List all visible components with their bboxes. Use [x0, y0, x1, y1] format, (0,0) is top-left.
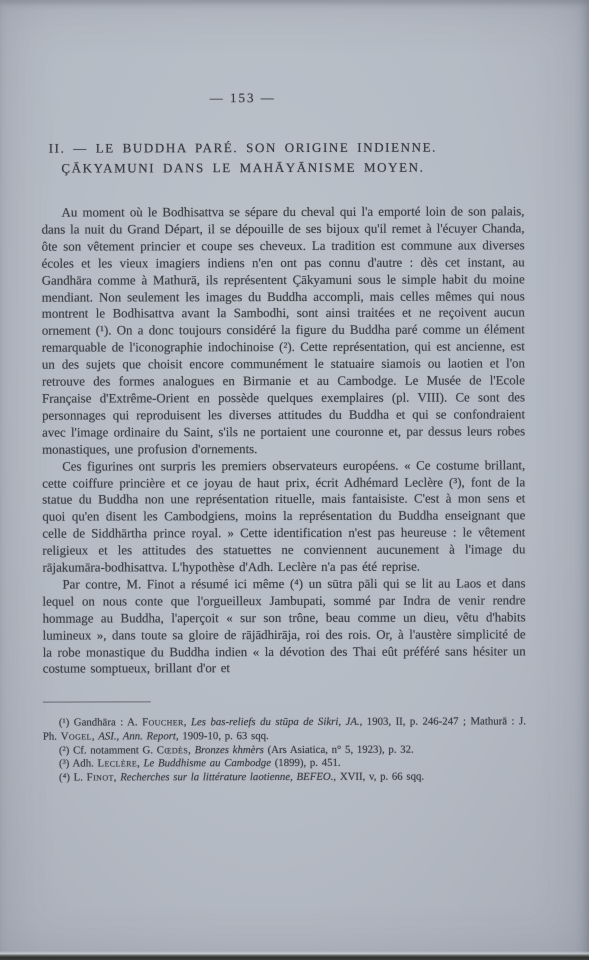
body-paragraph-3: Par contre, M. Finot a résumé ici même (…: [42, 575, 525, 678]
section-heading-line2: ÇĀKYAMUNI DANS LE MAHĀYĀNISME MOYEN.: [1, 157, 484, 178]
body-paragraph-1: Au moment où le Bodhisattva se sépare du…: [42, 203, 526, 458]
section-heading-line1: II. — LE BUDDHA PARÉ. SON ORIGINE INDIEN…: [1, 137, 484, 158]
section-heading: II. — LE BUDDHA PARÉ. SON ORIGINE INDIEN…: [1, 137, 484, 178]
photo-bottom-edge: [0, 951, 589, 960]
page-number: — 153 —: [1, 89, 484, 106]
scanned-page: — 153 — II. — LE BUDDHA PARÉ. SON ORIGIN…: [0, 0, 589, 960]
footnote-1: (¹) Gandhāra : A. Foucher, Les bas-relie…: [43, 716, 526, 745]
article-body: Au moment où le Bodhisattva se sépare du…: [42, 203, 526, 678]
body-paragraph-2: Ces figurines ont surpris les premiers o…: [42, 457, 525, 577]
footnote-2: (²) Cf. notamment G. Cœdès, Bronzes khmè…: [43, 743, 526, 758]
page-content: — 153 — II. — LE BUDDHA PARÉ. SON ORIGIN…: [41, 0, 526, 786]
footnote-3: (³) Adh. Leclère, Le Buddhisme au Cambod…: [43, 757, 526, 772]
footnote-4: (⁴) L. Finot, Recherches sur la littérat…: [43, 771, 526, 786]
footnotes-section: (¹) Gandhāra : A. Foucher, Les bas-relie…: [43, 701, 526, 786]
footnote-separator-rule: [43, 702, 151, 703]
